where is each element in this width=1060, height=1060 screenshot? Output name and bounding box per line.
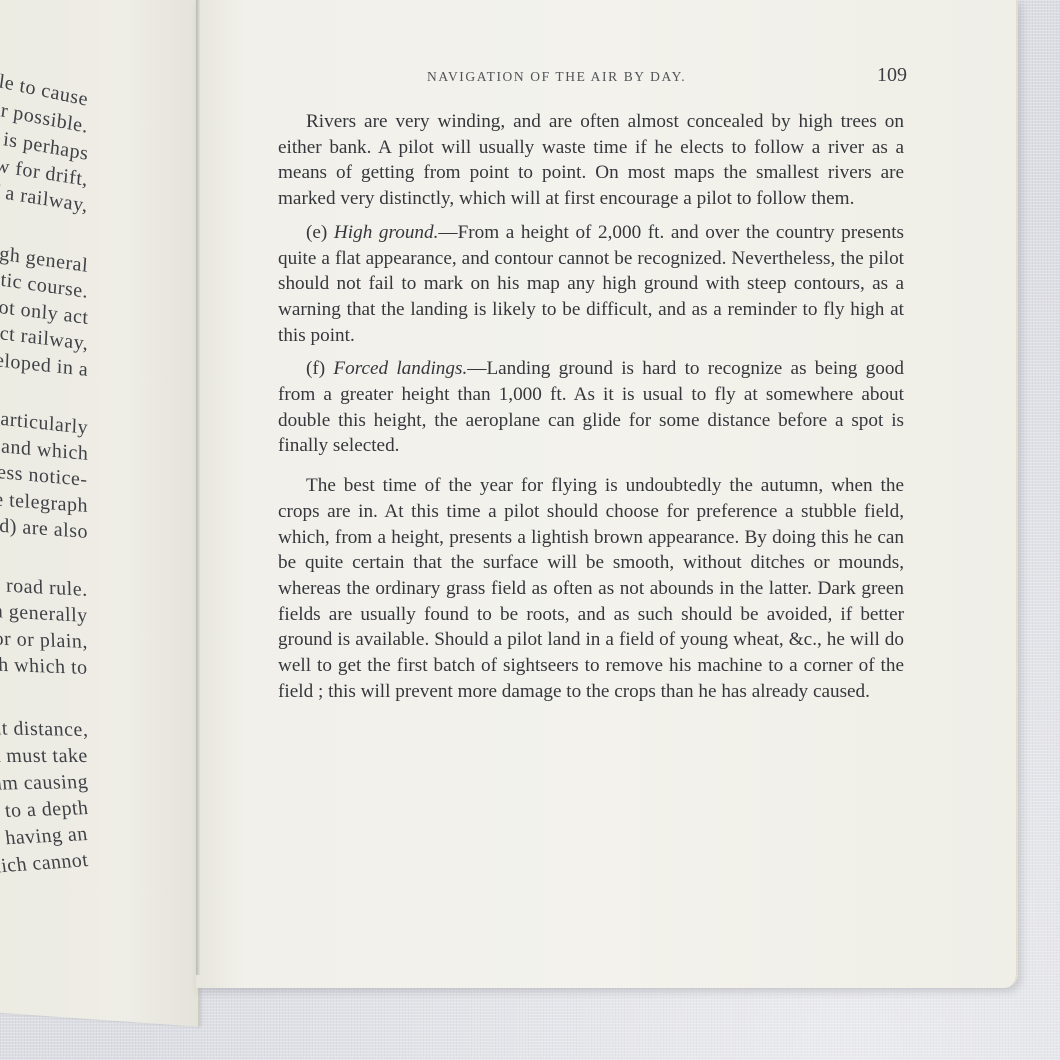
left-line: oad) are also [0, 513, 88, 544]
paragraph-rivers: Rivers are very winding, and are often a… [278, 109, 904, 212]
left-line: can generally [0, 599, 88, 628]
left-line: which cannot [0, 849, 90, 880]
left-line: s having an [0, 823, 89, 851]
paragraph-best-time: The best time of the year for flying is … [278, 473, 904, 704]
left-line: ith which to [0, 653, 88, 680]
section-marker: (e) [306, 222, 327, 243]
left-line: ot must take [0, 745, 89, 768]
paragraph-forced-landings: (f) Forced landings.—Landing ground is h… [278, 356, 904, 459]
page-body: Rivers are very winding, and are often a… [278, 109, 904, 704]
left-line: a particularly [0, 405, 88, 440]
section-heading: Forced landings. [333, 358, 467, 379]
em-dash: — [438, 222, 457, 243]
section-marker: (f) [306, 358, 325, 379]
running-head-title: NAVIGATION OF THE AIR BY DAY. [427, 69, 686, 85]
page-number: 109 [877, 64, 907, 87]
book-gutter [196, 0, 200, 975]
left-page: liable to cause ever possible. urse is p… [0, 0, 199, 1027]
paragraph-text: Rivers are very winding, and are often a… [278, 111, 904, 209]
left-page-text: liable to cause ever possible. urse is p… [0, 0, 160, 994]
left-line: The telegraph [0, 487, 88, 518]
paragraph-text: The best time of the year for flying is … [278, 475, 904, 702]
running-head: NAVIGATION OF THE AIR BY DAY. 109 [427, 64, 907, 87]
left-line: l to a depth [0, 797, 89, 823]
left-line: ream causing [0, 771, 89, 796]
left-line: n road rule. [0, 574, 88, 602]
section-heading: High ground. [334, 222, 439, 243]
left-line: oor or plain, [0, 627, 88, 654]
left-line: eat distance, [0, 717, 89, 742]
em-dash: — [467, 358, 486, 379]
paragraph-high-ground: (e) High ground.—From a height of 2,000 … [278, 220, 904, 349]
